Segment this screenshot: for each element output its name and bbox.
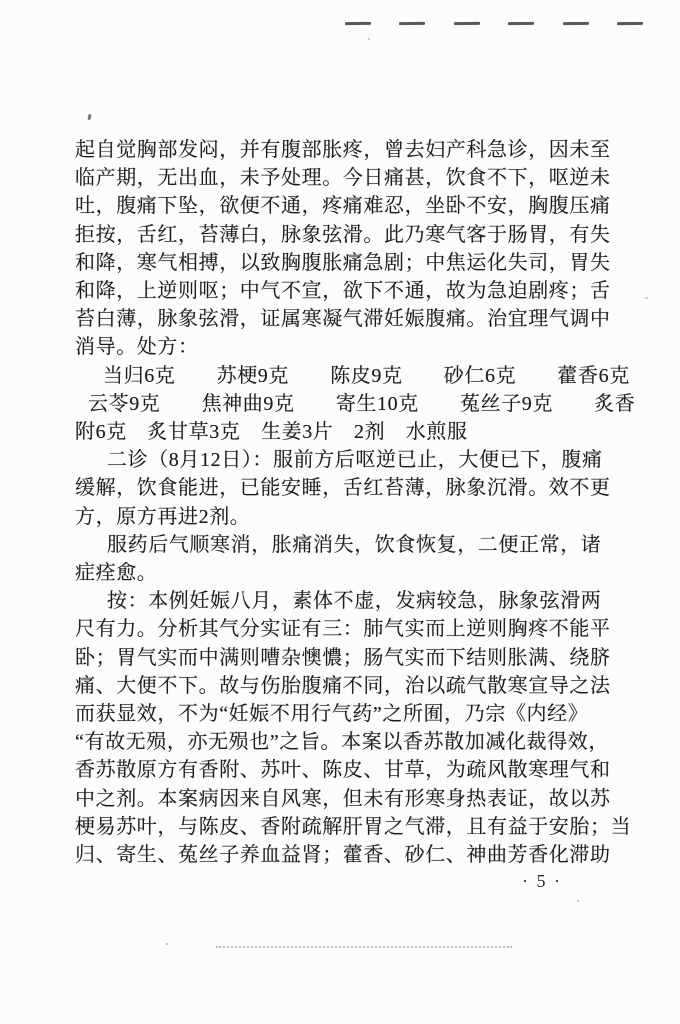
text-line: 归、寄生、菟丝子养血益肾；藿香、砂仁、神曲芳香化滞助	[75, 841, 635, 869]
text-line: 缓解，饮食能进，已能安睡，舌红苔薄，脉象沉滑。效不更	[75, 474, 635, 502]
scanned-book-page: 起自觉胸部发闷，并有腹部胀疼，曾去妇产科急诊，因未至临产期，无出血，未予处理。今…	[0, 0, 680, 1024]
header-dash-marks	[345, 22, 643, 25]
text-line: 和降，寒气相搏，以致胸腹胀痛急剧；中焦运化失司，胃失	[75, 249, 635, 277]
body-text-block: 起自觉胸部发闷，并有腹部胀疼，曾去妇产科急诊，因未至临产期，无出血，未予处理。今…	[75, 136, 635, 869]
text-line: 二诊（8月12日）：服前方后呕逆已止，大便已下，腹痛	[75, 446, 635, 474]
ink-speck	[87, 114, 91, 121]
text-line: 按：本例妊娠八月，素体不虚，发病较急，脉象弦滑两	[75, 587, 635, 615]
dash-mark	[454, 22, 480, 25]
dash-mark	[508, 22, 534, 25]
ink-speck	[368, 38, 370, 40]
text-line: 尺有力。分析其气分实证有三：肺气实而上逆则胸疼不能平	[75, 615, 635, 643]
text-line: 服药后气顺寒消，胀痛消失，饮食恢复，二便正常，诸	[75, 531, 635, 559]
text-line: 当归6克 苏梗9克 陈皮9克 砂仁6克 藿香6克	[75, 362, 635, 390]
dash-mark	[617, 22, 643, 25]
dash-mark	[563, 22, 589, 25]
ink-speck	[166, 943, 168, 945]
ink-speck	[577, 900, 579, 902]
text-line: 中之剂。本案病因来自风寒，但未有形寒身热表证，故以苏	[75, 785, 635, 813]
scan-artifact-dotted-line	[216, 946, 512, 948]
text-line: 消导。处方：	[75, 333, 635, 361]
dash-mark	[345, 22, 371, 25]
text-line: 云苓9克 焦神曲9克 寄生10克 菟丝子9克 炙香	[75, 390, 635, 418]
text-line: 临产期，无出血，未予处理。今日痛甚，饮食不下，呕逆未	[75, 164, 635, 192]
text-line: 香苏散原方有香附、苏叶、陈皮、甘草，为疏风散寒理气和	[75, 756, 635, 784]
ink-speck	[645, 297, 648, 299]
text-line: 梗易苏叶，与陈皮、香附疏解肝胃之气滞，且有益于安胎；当	[75, 813, 635, 841]
text-line: 吐，腹痛下坠，欲便不通，疼痛难忍，坐卧不安，胸腹压痛	[75, 192, 635, 220]
dash-mark	[399, 22, 425, 25]
text-line: 症痊愈。	[75, 559, 635, 587]
text-line: 而获显效，不为“妊娠不用行气药”之所囿，乃宗《内经》	[75, 700, 635, 728]
text-line: 苔白薄，脉象弦滑，证属寒凝气滞妊娠腹痛。治宜理气调中	[75, 305, 635, 333]
text-line: 附6克 炙甘草3克 生姜3片 2剂 水煎服	[75, 418, 635, 446]
text-line: 拒按，舌红，苔薄白，脉象弦滑。此乃寒气客于肠胃，有失	[75, 221, 635, 249]
page-number: · 5 ·	[512, 871, 572, 892]
text-line: 卧；胃气实而中满则嘈杂懊憹；肠气实而下结则胀满、绕脐	[75, 644, 635, 672]
text-line: 痛、大便不下。故与伤胎腹痛不同，治以疏气散寒宣导之法	[75, 672, 635, 700]
text-line: 方，原方再进2剂。	[75, 503, 635, 531]
text-line: 起自觉胸部发闷，并有腹部胀疼，曾去妇产科急诊，因未至	[75, 136, 635, 164]
text-line: “有故无殒，亦无殒也”之旨。本案以香苏散加减化裁得效，	[75, 728, 635, 756]
text-line: 和降，上逆则呕；中气不宣，欲下不通，故为急迫剧疼；舌	[75, 277, 635, 305]
